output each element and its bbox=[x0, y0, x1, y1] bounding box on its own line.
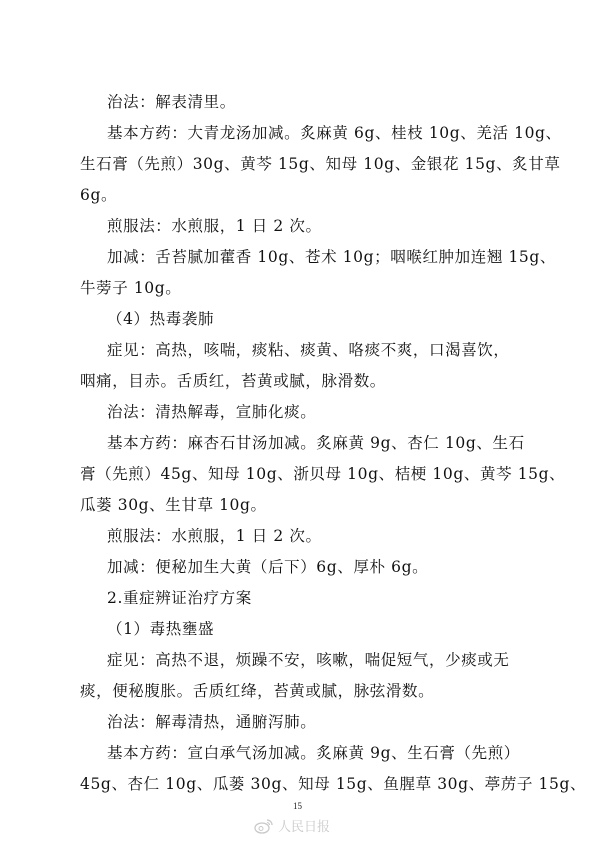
prescription-line: 45g、杏仁 10g、瓜蒌 30g、知母 15g、鱼腥草 30g、葶苈子 15g… bbox=[80, 774, 520, 794]
watermark-text: 人民日报 bbox=[278, 816, 330, 835]
symptoms-line: 咽痛，目赤。舌质红，苔黄或腻，脉滑数。 bbox=[80, 371, 520, 391]
prescription-line: 基本方药：麻杏石甘汤加减。炙麻黄 9g、杏仁 10g、生石 bbox=[107, 433, 547, 453]
treatment-principle-line: 治法：解毒清热，通腑泻肺。 bbox=[107, 712, 547, 732]
symptoms-line: 痰，便秘腹胀。舌质红绛，苔黄或腻，脉弦滑数。 bbox=[80, 681, 520, 701]
document-page: 治法：解表清里。 基本方药：大青龙汤加减。炙麻黄 6g、桂枝 10g、羌活 10… bbox=[0, 0, 595, 841]
prescription-line: 基本方药：大青龙汤加减。炙麻黄 6g、桂枝 10g、羌活 10g、 bbox=[107, 123, 547, 143]
section-heading: （4）热毒袭肺 bbox=[107, 309, 547, 329]
modification-line: 加减：舌苔腻加藿香 10g、苍术 10g；咽喉红肿加连翘 15g、 bbox=[107, 247, 547, 267]
prescription-line: 6g。 bbox=[80, 185, 520, 205]
decoction-method-line: 煎服法：水煎服，1 日 2 次。 bbox=[107, 526, 547, 546]
weibo-icon bbox=[254, 818, 274, 834]
treatment-principle-line: 治法：清热解毒，宣肺化痰。 bbox=[107, 402, 547, 422]
page-number: 15 bbox=[0, 801, 595, 811]
prescription-line: 瓜蒌 30g、生甘草 10g。 bbox=[80, 495, 520, 515]
section-heading: 2.重症辨证治疗方案 bbox=[107, 588, 547, 608]
subsection-heading: （1）毒热壅盛 bbox=[107, 619, 547, 639]
symptoms-line: 症见：高热不退，烦躁不安，咳嗽，喘促短气，少痰或无 bbox=[107, 650, 547, 670]
watermark: 人民日报 bbox=[254, 816, 330, 835]
symptoms-line: 症见：高热，咳喘，痰粘、痰黄、咯痰不爽，口渴喜饮， bbox=[107, 340, 547, 360]
decoction-method-line: 煎服法：水煎服，1 日 2 次。 bbox=[107, 216, 547, 236]
treatment-principle-line: 治法：解表清里。 bbox=[107, 92, 547, 112]
prescription-line: 生石膏（先煎）30g、黄芩 15g、知母 10g、金银花 15g、炙甘草 bbox=[80, 154, 520, 174]
prescription-line: 基本方药：宣白承气汤加减。炙麻黄 9g、生石膏（先煎） bbox=[107, 743, 547, 763]
prescription-line: 膏（先煎）45g、知母 10g、浙贝母 10g、桔梗 10g、黄芩 15g、 bbox=[80, 464, 520, 484]
modification-line: 牛蒡子 10g。 bbox=[80, 278, 520, 298]
modification-line: 加减：便秘加生大黄（后下）6g、厚朴 6g。 bbox=[107, 557, 547, 577]
